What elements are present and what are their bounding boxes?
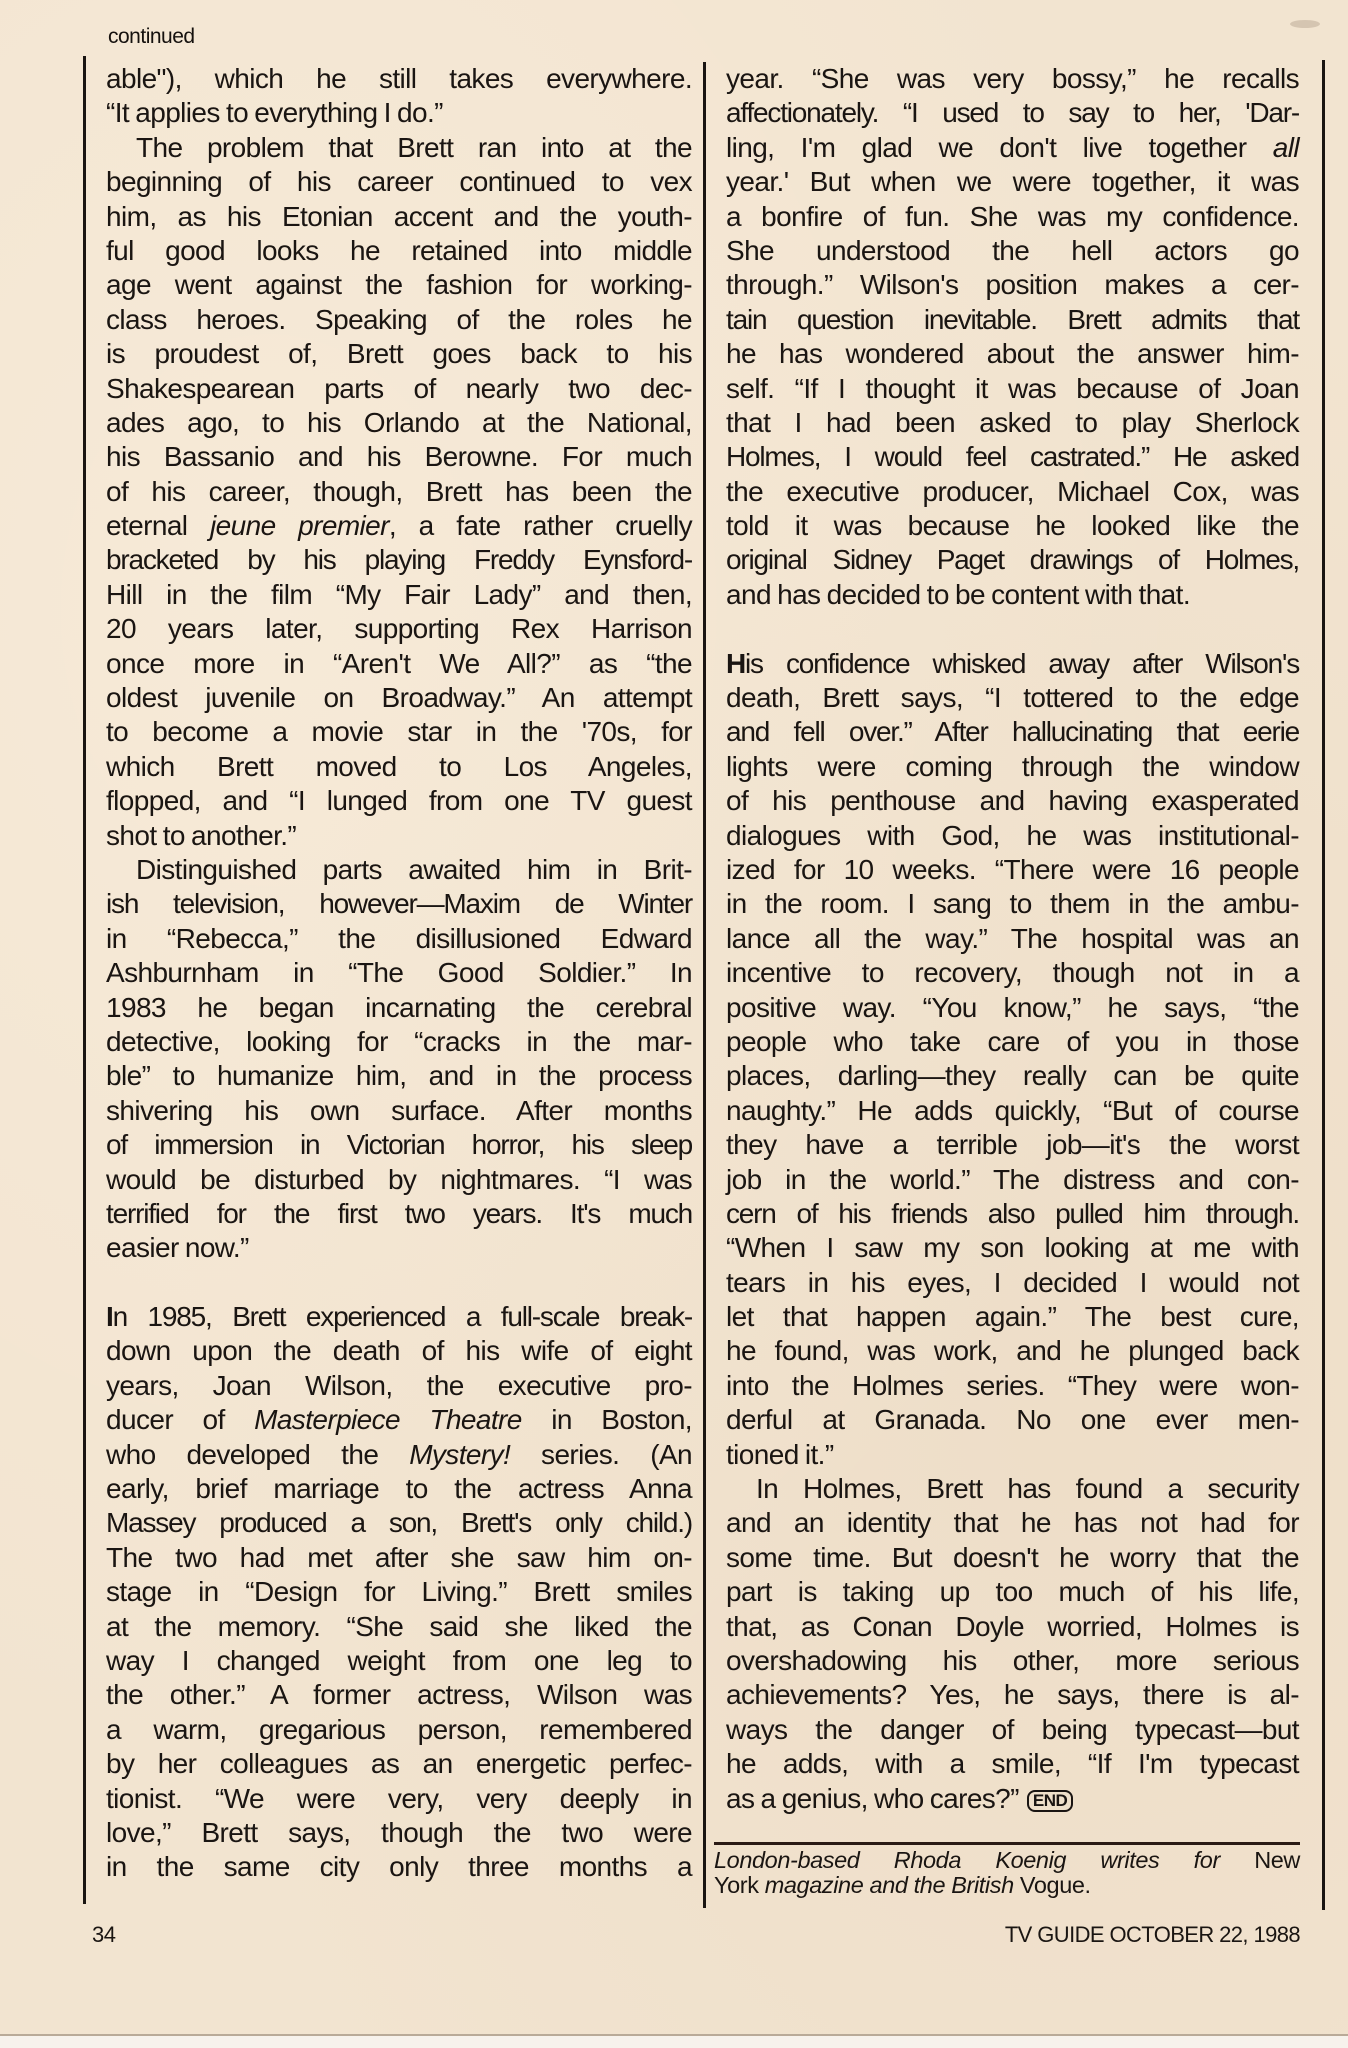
text-line: incentive to recovery, though not in a: [726, 956, 1299, 990]
text-line: dialogues with God, he was institutional…: [726, 819, 1299, 853]
text-line: The problem that Brett ran into at the: [106, 131, 692, 165]
text-line: stage in “Design for Living.” Brett smil…: [106, 1575, 692, 1609]
text-line: to become a movie star in the '70s, for: [106, 715, 692, 749]
text-line: ful good looks he retained into middle: [106, 234, 692, 268]
text-line: In Holmes, Brett has found a security: [726, 1472, 1299, 1506]
text-line: his Bassanio and his Berowne. For much: [106, 440, 692, 474]
credit-line: York magazine and the British Vogue.: [714, 1873, 1300, 1898]
bold-initial: I: [106, 1301, 113, 1332]
text-line: people who take care of you in those: [726, 1025, 1299, 1059]
text-line: “It applies to everything I do.”: [106, 96, 692, 130]
left-column: able"), which he still takes everywhere.…: [106, 62, 692, 1885]
text-fragment: is confidence whisked away after Wilson'…: [745, 648, 1299, 679]
end-mark-badge: END: [1027, 1790, 1073, 1812]
text-line: terrified for the first two years. It's …: [106, 1197, 692, 1231]
text-fragment: , a fate rather cruelly: [389, 510, 692, 541]
text-line: shot to another.”: [106, 819, 692, 853]
text-line: Shakespearean parts of nearly two dec-: [106, 372, 692, 406]
text-line: naughty.” He adds quickly, “But of cours…: [726, 1094, 1299, 1128]
text-line: once more in “Aren't We All?” as “the: [106, 647, 692, 681]
text-line: through.” Wilson's position makes a cer-: [726, 268, 1299, 302]
text-line: year.' But when we were together, it was: [726, 165, 1299, 199]
text-line: overshadowing his other, more serious: [726, 1644, 1299, 1678]
text-line: part is taking up too much of his life,: [726, 1575, 1299, 1609]
text-line: She understood the hell actors go: [726, 234, 1299, 268]
text-fragment: series. (An: [510, 1439, 692, 1470]
text-line: ways the danger of being typecast—but: [726, 1713, 1299, 1747]
text-line: tears in his eyes, I decided I would not: [726, 1266, 1299, 1300]
bold-initial: H: [726, 648, 745, 679]
text-fragment: who developed the: [106, 1439, 409, 1470]
text-line: tionist. “We were very, very deeply in: [106, 1782, 692, 1816]
text-line: 20 years later, supporting Rex Harrison: [106, 612, 692, 646]
text-line: in the room. I sang to them in the ambu-: [726, 887, 1299, 921]
author-credit: London-based Rhoda Koenig writes for New…: [714, 1848, 1300, 1898]
text-line: ling, I'm glad we don't live together al…: [726, 131, 1299, 165]
text-line: he found, was work, and he plunged back: [726, 1334, 1299, 1368]
text-line: The two had met after she saw him on-: [106, 1541, 692, 1575]
text-line: of his penthouse and having exasperated: [726, 784, 1299, 818]
text-line: bracketed by his playing Freddy Eynsford…: [106, 543, 692, 577]
text-line: told it was because he looked like the: [726, 509, 1299, 543]
text-line: His confidence whisked away after Wilson…: [726, 647, 1299, 681]
text-line: as a genius, who cares?”END: [726, 1782, 1299, 1816]
text-line: Hill in the film “My Fair Lady” and then…: [106, 578, 692, 612]
text-line: down upon the death of his wife of eight: [106, 1334, 692, 1368]
text-line: way I changed weight from one leg to: [106, 1644, 692, 1678]
text-line: and has decided to be content with that.: [726, 578, 1299, 612]
credit-line: London-based Rhoda Koenig writes for New: [714, 1848, 1300, 1873]
text-line: would be disturbed by nightmares. “I was: [106, 1163, 692, 1197]
credit-italic: magazine and the British: [765, 1872, 1014, 1898]
text-line: derful at Granada. No one ever men-: [726, 1403, 1299, 1437]
text-fragment: eternal: [106, 510, 210, 541]
text-line: cern of his friends also pulled him thro…: [726, 1197, 1299, 1231]
text-line: which Brett moved to Los Angeles,: [106, 750, 692, 784]
text-line: he adds, with a smile, “If I'm typecast: [726, 1747, 1299, 1781]
text-line: Massey produced a son, Brett's only chil…: [106, 1506, 692, 1540]
text-line: class heroes. Speaking of the roles he: [106, 303, 692, 337]
text-fragment: ling, I'm glad we don't live together: [726, 132, 1273, 163]
text-line: ades ago, to his Orlando at the National…: [106, 406, 692, 440]
credit-italic: London-based Rhoda Koenig writes for: [714, 1847, 1220, 1873]
paper-smudge: [1290, 20, 1320, 28]
left-column-rule: [83, 56, 86, 1904]
publication-date: TV GUIDE OCTOBER 22, 1988: [945, 1922, 1300, 1948]
credit-roman: New: [1220, 1847, 1300, 1873]
text-fragment: ducer of: [106, 1404, 254, 1435]
text-line: by her colleagues as an energetic perfec…: [106, 1747, 692, 1781]
text-line: they have a terrible job—it's the worst: [726, 1128, 1299, 1162]
text-line: of immersion in Victorian horror, his sl…: [106, 1128, 692, 1162]
text-fragment: as a genius, who cares?”: [726, 1783, 1019, 1814]
page-number: 34: [92, 1922, 115, 1948]
text-fragment: in Boston,: [522, 1404, 692, 1435]
text-line: 1983 he began incarnating the cerebral: [106, 991, 692, 1025]
right-column-rule: [1322, 60, 1325, 1910]
text-line: ducer of Masterpiece Theatre in Boston,: [106, 1403, 692, 1437]
text-line: job in the world.” The distress and con-: [726, 1163, 1299, 1197]
text-line: positive way. “You know,” he says, “the: [726, 991, 1299, 1025]
text-line: tain question inevitable. Brett admits t…: [726, 303, 1299, 337]
text-line: ble” to humanize him, and in the process: [106, 1059, 692, 1093]
text-line: in the same city only three months a: [106, 1850, 692, 1884]
text-line: who developed the Mystery! series. (An: [106, 1438, 692, 1472]
text-line: and fell over.” After hallucinating that…: [726, 715, 1299, 749]
author-credit-rule: [714, 1842, 1300, 1845]
text-line: Holmes, I would feel castrated.” He aske…: [726, 440, 1299, 474]
text-line: of his career, though, Brett has been th…: [106, 475, 692, 509]
text-line: achievements? Yes, he says, there is al-: [726, 1678, 1299, 1712]
text-fragment: n 1985, Brett experienced a full-scale b…: [113, 1301, 692, 1332]
text-line: some time. But doesn't he worry that the: [726, 1541, 1299, 1575]
text-line: shivering his own surface. After months: [106, 1094, 692, 1128]
text-line: affectionately. “I used to say to her, '…: [726, 96, 1299, 130]
text-line: into the Holmes series. “They were won-: [726, 1369, 1299, 1403]
text-line: original Sidney Paget drawings of Holmes…: [726, 543, 1299, 577]
text-line: lights were coming through the window: [726, 750, 1299, 784]
column-divider-rule: [703, 62, 706, 1908]
text-line: death, Brett says, “I tottered to the ed…: [726, 681, 1299, 715]
text-line: ized for 10 weeks. “There were 16 people: [726, 853, 1299, 887]
text-line: easier now.”: [106, 1231, 692, 1265]
text-line: and an identity that he has not had for: [726, 1506, 1299, 1540]
text-line: him, as his Etonian accent and the youth…: [106, 200, 692, 234]
text-line: eternal jeune premier, a fate rather cru…: [106, 509, 692, 543]
text-line: is proudest of, Brett goes back to his: [106, 337, 692, 371]
text-line: age went against the fashion for working…: [106, 268, 692, 302]
text-line: ish television, however—Maxim de Winter: [106, 887, 692, 921]
text-line: able"), which he still takes everywhere.: [106, 62, 692, 96]
text-line: oldest juvenile on Broadway.” An attempt: [106, 681, 692, 715]
continued-label: continued: [108, 25, 195, 49]
text-line: places, darling—they really can be quite: [726, 1059, 1299, 1093]
text-line: that, as Conan Doyle worried, Holmes is: [726, 1610, 1299, 1644]
text-line: that I had been asked to play Sherlock: [726, 406, 1299, 440]
text-line: years, Joan Wilson, the executive pro-: [106, 1369, 692, 1403]
text-line: year. “She was very bossy,” he recalls: [726, 62, 1299, 96]
paragraph-break: [106, 1266, 692, 1300]
text-line: a bonfire of fun. She was my confidence.: [726, 200, 1299, 234]
text-line: lance all the way.” The hospital was an: [726, 922, 1299, 956]
text-line: the other.” A former actress, Wilson was: [106, 1678, 692, 1712]
text-line: tioned it.”: [726, 1438, 1299, 1472]
text-line: detective, looking for “cracks in the ma…: [106, 1025, 692, 1059]
text-line: early, brief marriage to the actress Ann…: [106, 1472, 692, 1506]
text-line: “When I saw my son looking at me with: [726, 1231, 1299, 1265]
page-bottom-edge: [0, 2034, 1348, 2048]
text-line: flopped, and “I lunged from one TV guest: [106, 784, 692, 818]
text-line: Ashburnham in “The Good Soldier.” In: [106, 956, 692, 990]
italic-word: all: [1273, 132, 1299, 163]
credit-roman: York: [714, 1872, 765, 1898]
right-column: year. “She was very bossy,” he recalls a…: [726, 62, 1299, 1816]
credit-roman: Vogue.: [1014, 1872, 1091, 1898]
text-line: at the memory. “She said she liked the: [106, 1610, 692, 1644]
text-line: self. “If I thought it was because of Jo…: [726, 372, 1299, 406]
italic-title: Mystery!: [409, 1439, 510, 1470]
text-line: he has wondered about the answer him-: [726, 337, 1299, 371]
text-line: beginning of his career continued to vex: [106, 165, 692, 199]
italic-title: Masterpiece Theatre: [254, 1404, 522, 1435]
text-line: in “Rebecca,” the disillusioned Edward: [106, 922, 692, 956]
italic-phrase: jeune premier: [210, 510, 389, 541]
text-line: a warm, gregarious person, remembered: [106, 1713, 692, 1747]
text-line: Distinguished parts awaited him in Brit-: [106, 853, 692, 887]
text-line: let that happen again.” The best cure,: [726, 1300, 1299, 1334]
text-line: love,” Brett says, though the two were: [106, 1816, 692, 1850]
text-line: the executive producer, Michael Cox, was: [726, 475, 1299, 509]
paragraph-break: [726, 612, 1299, 646]
text-line: In 1985, Brett experienced a full-scale …: [106, 1300, 692, 1334]
